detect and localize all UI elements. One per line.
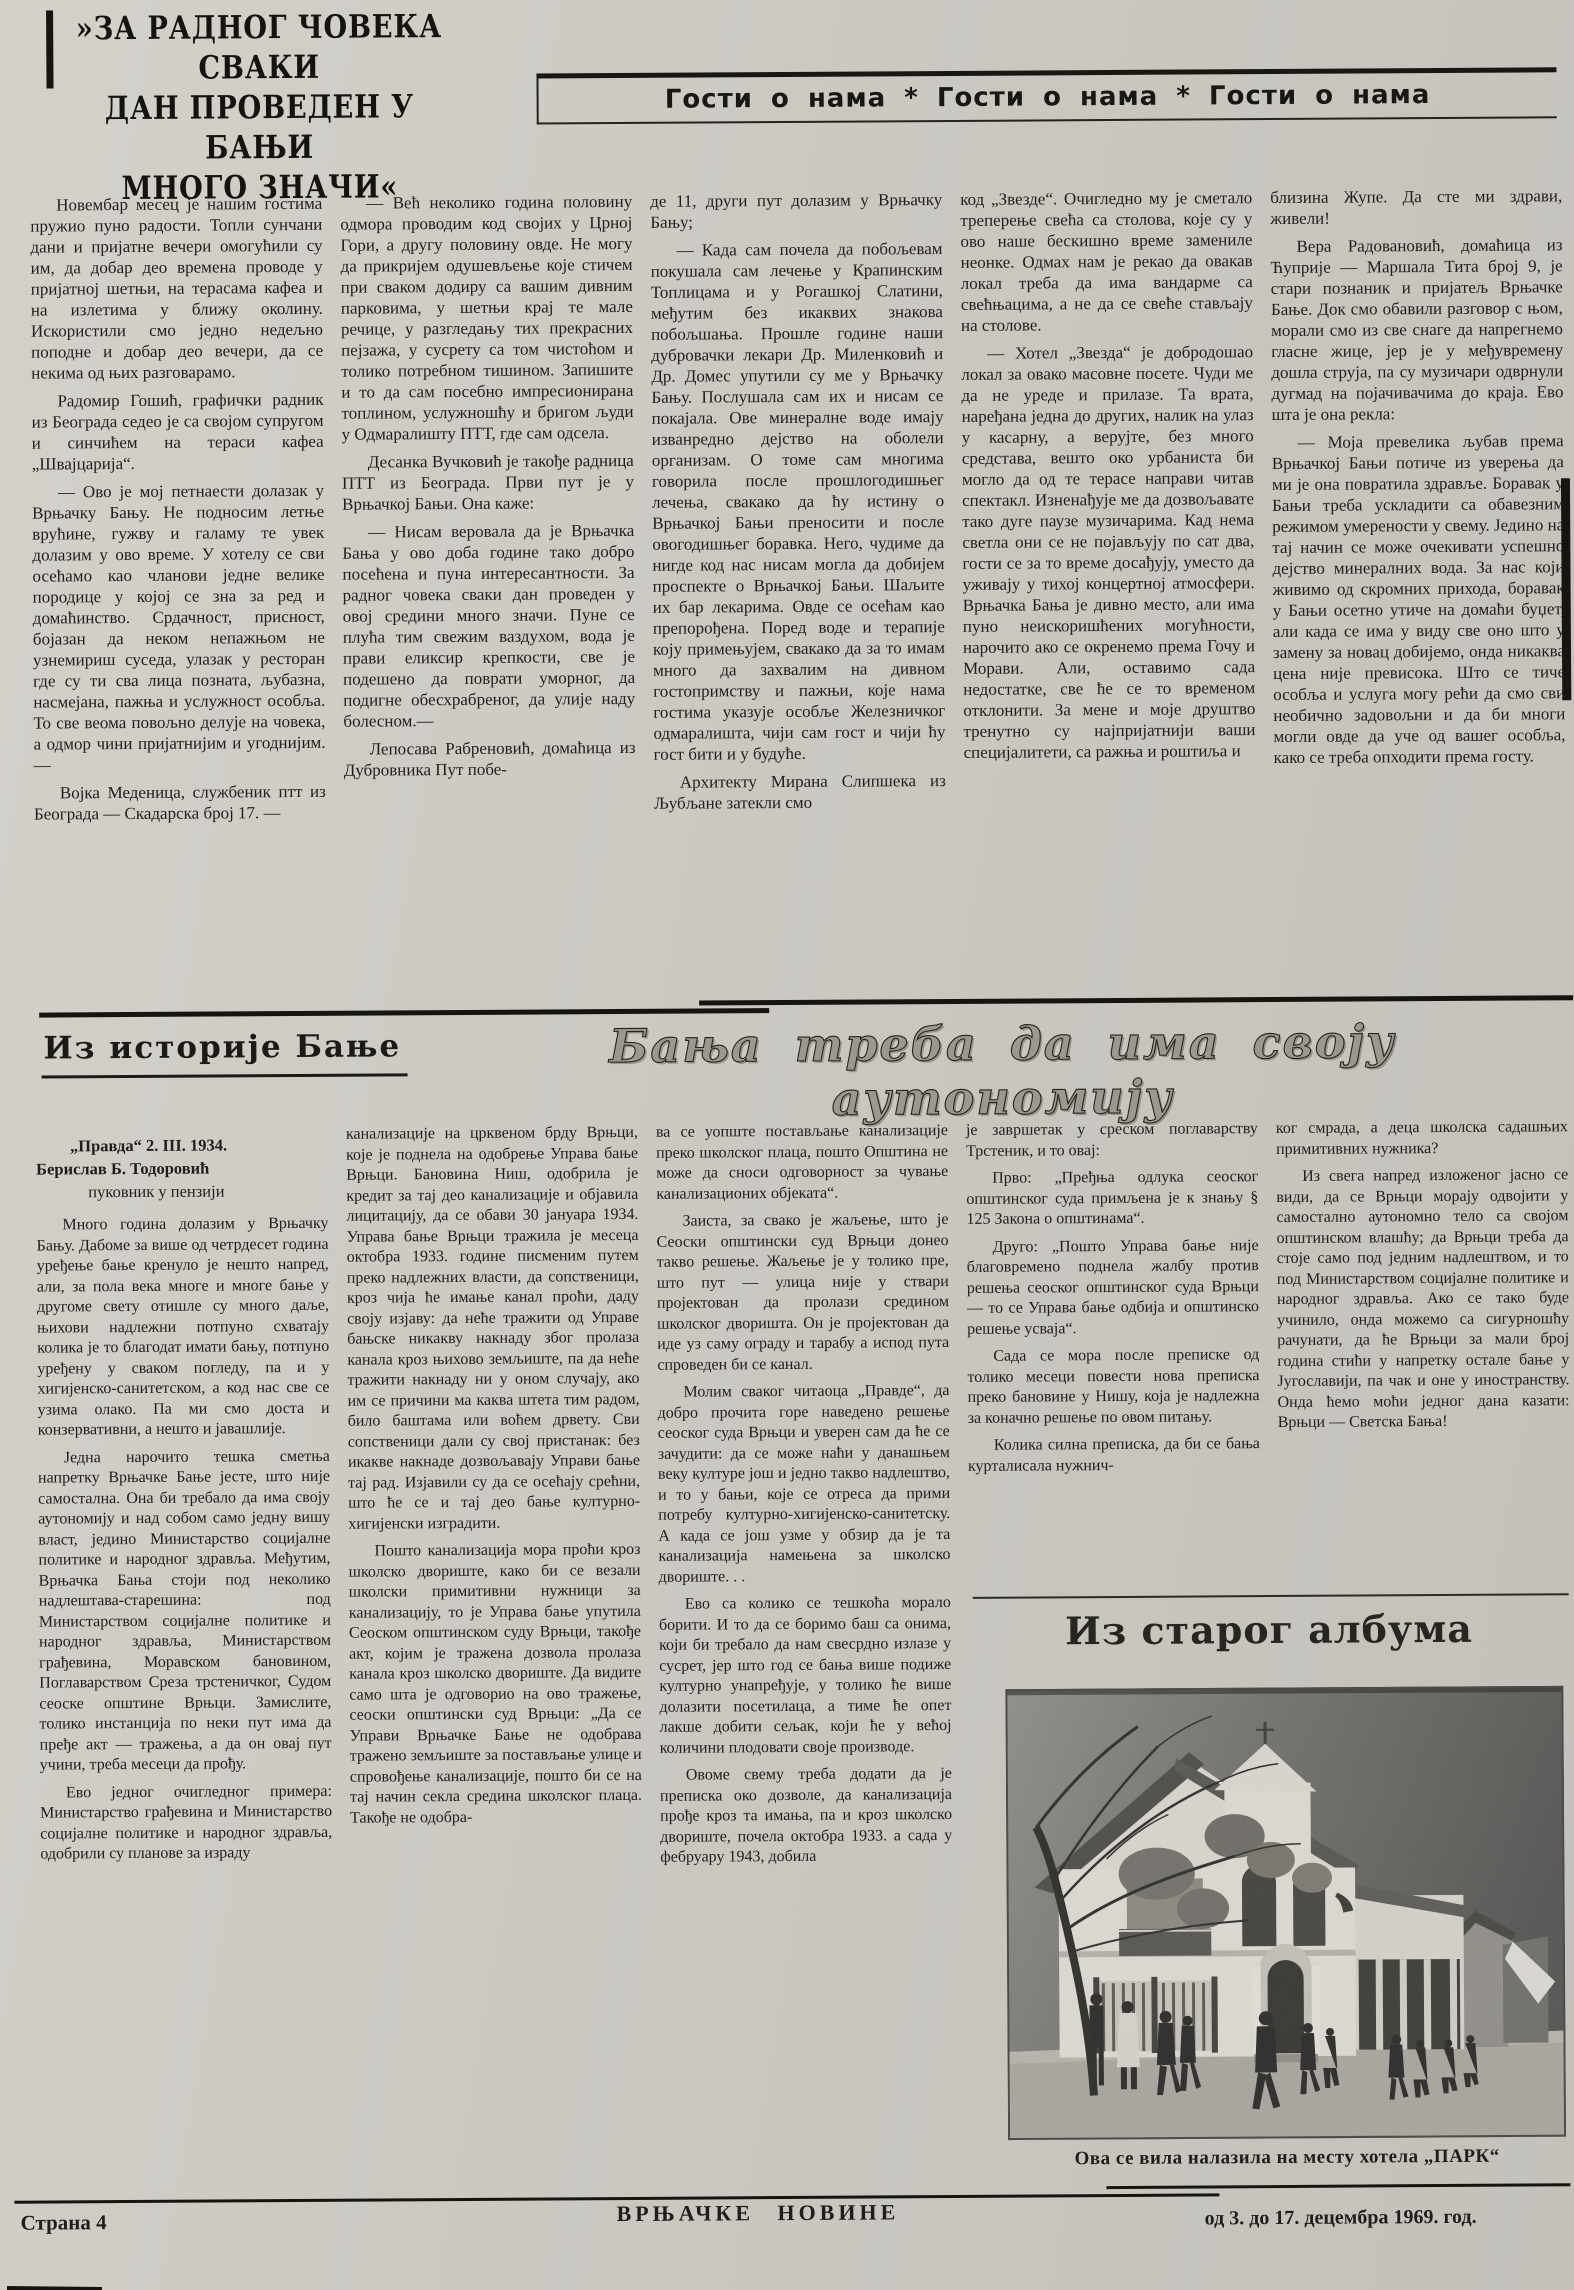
history-column-5: ког смрада, а деца школска садашњих прим… (1276, 1117, 1570, 1440)
paragraph: Вера Радовановић, домаћица из Ћуприје — … (1270, 234, 1563, 425)
paragraph: Овоме свему треба додати да је преписка … (660, 1764, 953, 1868)
article-column-1: Новембар месец је нашим гостима пружио п… (30, 193, 326, 832)
history-kicker: Из историје Бање (41, 1028, 407, 1078)
paragraph: код „Звезде“. Очигледно му је сметало тр… (960, 187, 1253, 336)
byline: „Правда“ 2. III. 1934. Берислав Б. Тодор… (36, 1133, 328, 1204)
banner-text: Гости о нама * Гости о нама * Гости о на… (665, 80, 1431, 115)
page-edge-artifact (7, 2286, 102, 2290)
history-column-2: канализације на црквеном брду Врњци, кој… (346, 1123, 642, 1836)
paragraph: Радомир Гошић, графички радник из Београ… (31, 389, 324, 475)
old-villa-photo (1005, 1685, 1566, 2140)
author-title: пуковник у пензији (36, 1179, 328, 1204)
paragraph: Молим сваког читаоца „Правде“, да добро … (657, 1381, 950, 1588)
article-column-4: код „Звезде“. Очигледно му је сметало тр… (960, 187, 1256, 770)
author-name: Берислав Б. Тодоровић (36, 1156, 328, 1181)
photo-caption: Ова се вила налазила на месту хотела „ПА… (1008, 2145, 1566, 2170)
paragraph: је завршетак у среском поглаварству Трст… (966, 1119, 1258, 1162)
page-edge-artifact (1561, 478, 1571, 700)
paragraph: де 11, други пут долазим у Врњачку Бању; (650, 189, 942, 233)
paragraph: — Ово је мој петнаести долазак у Врњачку… (32, 480, 326, 776)
paragraph: Десанка Вучковић је такође радница ПТТ и… (342, 450, 634, 515)
paragraph: — Хотел „Звезда“ је добродошао локал за … (961, 341, 1256, 763)
section-divider (39, 1008, 769, 1017)
main-headline: »ЗА РАДНОГ ЧОВЕКА СВАКИ ДАН ПРОВЕДЕН У Б… (59, 6, 460, 208)
paragraph: — Моја превелика љубав према Врњачкој Ба… (1272, 430, 1566, 768)
paragraph: Једна нарочито тешка сметња напретку Врњ… (38, 1446, 332, 1776)
album-divider (973, 1593, 1569, 1599)
headline-left-bar (46, 10, 53, 88)
paragraph: — Када сам почела да побољевам покушала … (650, 238, 945, 765)
paragraph: канализације на црквеном брду Врњци, кој… (346, 1123, 640, 1535)
guests-about-us-banner: Гости о нама * Гости о нама * Гости о на… (536, 67, 1556, 124)
history-column-1: „Правда“ 2. III. 1934. Берислав Б. Тодор… (36, 1133, 332, 1872)
newspaper-page: »ЗА РАДНОГ ЧОВЕКА СВАКИ ДАН ПРОВЕДЕН У Б… (0, 0, 1574, 2290)
article-column-3: де 11, други пут долазим у Врњачку Бању;… (650, 189, 946, 821)
page-number: Страна 4 (20, 2210, 106, 2236)
paragraph: Ево једног очигледног примера: Министарс… (40, 1781, 332, 1865)
history-column-4: је завршетак у среском поглаварству Трст… (966, 1119, 1260, 1484)
paragraph: Прво: „Пређња одлука сеоског општинског … (966, 1167, 1258, 1230)
old-album-section: Из старог албума (0, 0, 1567, 5)
article-column-2: — Већ неколико година половину одмора пр… (340, 191, 636, 788)
paragraph: Лепосава Рабреновић, домаћица из Дубровн… (344, 737, 636, 781)
issue-date-range: од 3. до 17. децембра 1969. год. (1121, 2206, 1476, 2231)
section-divider (699, 995, 1573, 1005)
paragraph: Из свега напред изложеног јасно се види,… (1276, 1165, 1570, 1433)
history-column-3: ва се уопште постављање канализације пре… (656, 1121, 953, 1875)
album-title: Из старог албума (969, 1605, 1569, 1654)
paragraph: ког смрада, а деца школска садашњих прим… (1276, 1117, 1568, 1160)
footer-rule (1106, 2183, 1570, 2189)
paragraph: Друго: „Пошто Управа бање није благоврем… (967, 1236, 1260, 1340)
headline-line: »ЗА РАДНОГ ЧОВЕКА СВАКИ (59, 6, 459, 88)
source-reference: „Правда“ 2. III. 1934. (36, 1133, 328, 1158)
newspaper-name: ВРЊАЧКЕ НОВИНЕ (616, 2199, 899, 2227)
paragraph: Архитекту Мирана Слипшека из Љубљане зат… (654, 770, 946, 814)
paragraph: Сада се мора после преписке од толико ме… (967, 1345, 1259, 1429)
paragraph: Много година долазим у Врњачку Бању. Даб… (36, 1214, 329, 1441)
headline-line: ДАН ПРОВЕДЕН У БАЊИ (60, 86, 460, 168)
scanned-sheet: »ЗА РАДНОГ ЧОВЕКА СВАКИ ДАН ПРОВЕДЕН У Б… (0, 0, 1574, 2290)
paragraph: — Нисам веровала да је Врњачка Бања у ов… (342, 520, 635, 732)
paragraph: — Већ неколико година половину одмора пр… (340, 191, 634, 445)
paragraph: Колика силна преписка, да би се бања кур… (968, 1434, 1260, 1477)
column-text: Много година долазим у Врњачку Бању. Даб… (36, 1214, 332, 1865)
paragraph: Војка Меденица, службеник птт из Београд… (34, 781, 326, 825)
paragraph: близина Жупе. Да сте ми здрави, живели! (1270, 185, 1562, 229)
history-article: Из историје Бање Бања треба да има своју… (0, 0, 1567, 5)
paragraph: ва се уопште постављање канализације пре… (656, 1121, 948, 1205)
paragraph: Пошто канализација мора проћи кроз школс… (348, 1540, 642, 1829)
paragraph: Ево са колико се тешкоћа морало борити. … (659, 1593, 952, 1759)
article-column-5: близина Жупе. Да сте ми здрави, живели!В… (1270, 185, 1566, 775)
guest-article: Новембар месец је нашим гостима пружио п… (0, 0, 1567, 5)
paragraph: Заиста, за свако је жаљење, што је Сеоск… (656, 1210, 949, 1376)
history-headline: Бања треба да има своју аутономију (477, 1013, 1528, 1127)
paragraph: Новембар месец је нашим гостима пружио п… (30, 193, 323, 384)
